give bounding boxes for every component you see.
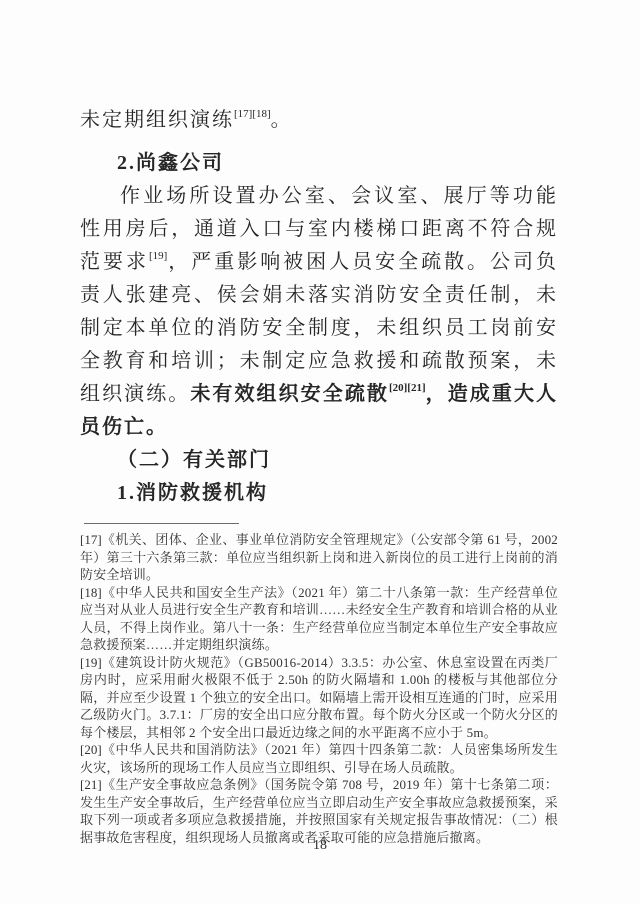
paragraph-violations: 作业场所设置办公室、会议室、展厅等功能性用房后，通道入口与室内楼梯口距离不符合规… [80, 180, 558, 444]
footnote-marker: [18] [80, 585, 102, 600]
footnote-ref-17-18: [17][18] [234, 108, 271, 120]
footnote-text: 《生产安全事故应急条例》（国务院令第 708 号，2019 年）第十七条第二项：… [80, 777, 558, 845]
body-text-run: 未定期组织演练 [80, 109, 234, 131]
footnote-marker: [20] [80, 742, 102, 757]
paragraph-continuation: 未定期组织演练[17][18]。 [80, 104, 558, 137]
footnote-text: 《机关、团体、企业、事业单位消防安全管理规定》（公安部令第 61 号，2002 … [80, 532, 558, 582]
footnote-text: 《中华人民共和国消防法》（2021 年）第四十四条第二款：人员密集场所发生火灾，… [80, 742, 558, 775]
heading-section-departments: （二）有关部门 [80, 444, 558, 477]
footnote-item: [21]《生产安全事故应急条例》（国务院令第 708 号，2019 年）第十七条… [80, 776, 558, 846]
footnote-text: 《建筑设计防火规范》（GB50016-2014）3.3.5：办公室、休息室设置在… [80, 655, 558, 740]
footnote-ref-19: [19] [149, 250, 167, 262]
footnote-separator [84, 523, 239, 524]
footnote-marker: [21] [80, 777, 102, 792]
heading-company: 2.尚鑫公司 [80, 147, 558, 180]
body-text-run: ，严重影响被困人员安全疏散。公司负责人张建亮、侯会娟未落实消防安全责任制，未制定… [80, 251, 558, 405]
body-text: 未定期组织演练[17][18]。 2.尚鑫公司 作业场所设置办公室、会议室、展厅… [80, 104, 558, 510]
footnote-marker: [17] [80, 532, 102, 547]
footnote-marker: [19] [80, 655, 102, 670]
footnote-item: [20]《中华人民共和国消防法》（2021 年）第四十四条第二款：人员密集场所发… [80, 741, 558, 776]
footnotes-section: [17]《机关、团体、企业、事业单位消防安全管理规定》（公安部令第 61 号，2… [80, 523, 558, 846]
heading-fire-rescue-agency: 1.消防救援机构 [80, 477, 558, 510]
footnote-item: [17]《机关、团体、企业、事业单位消防安全管理规定》（公安部令第 61 号，2… [80, 531, 558, 584]
footnote-ref-20-21: [20][21] [389, 382, 426, 394]
body-text-run: 未有效组织安全疏散 [190, 383, 389, 405]
footnote-text: 《中华人民共和国安全生产法》（2021 年）第二十八条第一款：生产经营单位应当对… [80, 585, 558, 653]
footnote-item: [18]《中华人民共和国安全生产法》（2021 年）第二十八条第一款：生产经营单… [80, 584, 558, 654]
page-number: 18 [0, 838, 640, 854]
body-text-run: 。 [271, 109, 293, 131]
footnote-item: [19]《建筑设计防火规范》（GB50016-2014）3.3.5：办公室、休息… [80, 654, 558, 742]
document-page: 未定期组织演练[17][18]。 2.尚鑫公司 作业场所设置办公室、会议室、展厅… [0, 0, 640, 904]
